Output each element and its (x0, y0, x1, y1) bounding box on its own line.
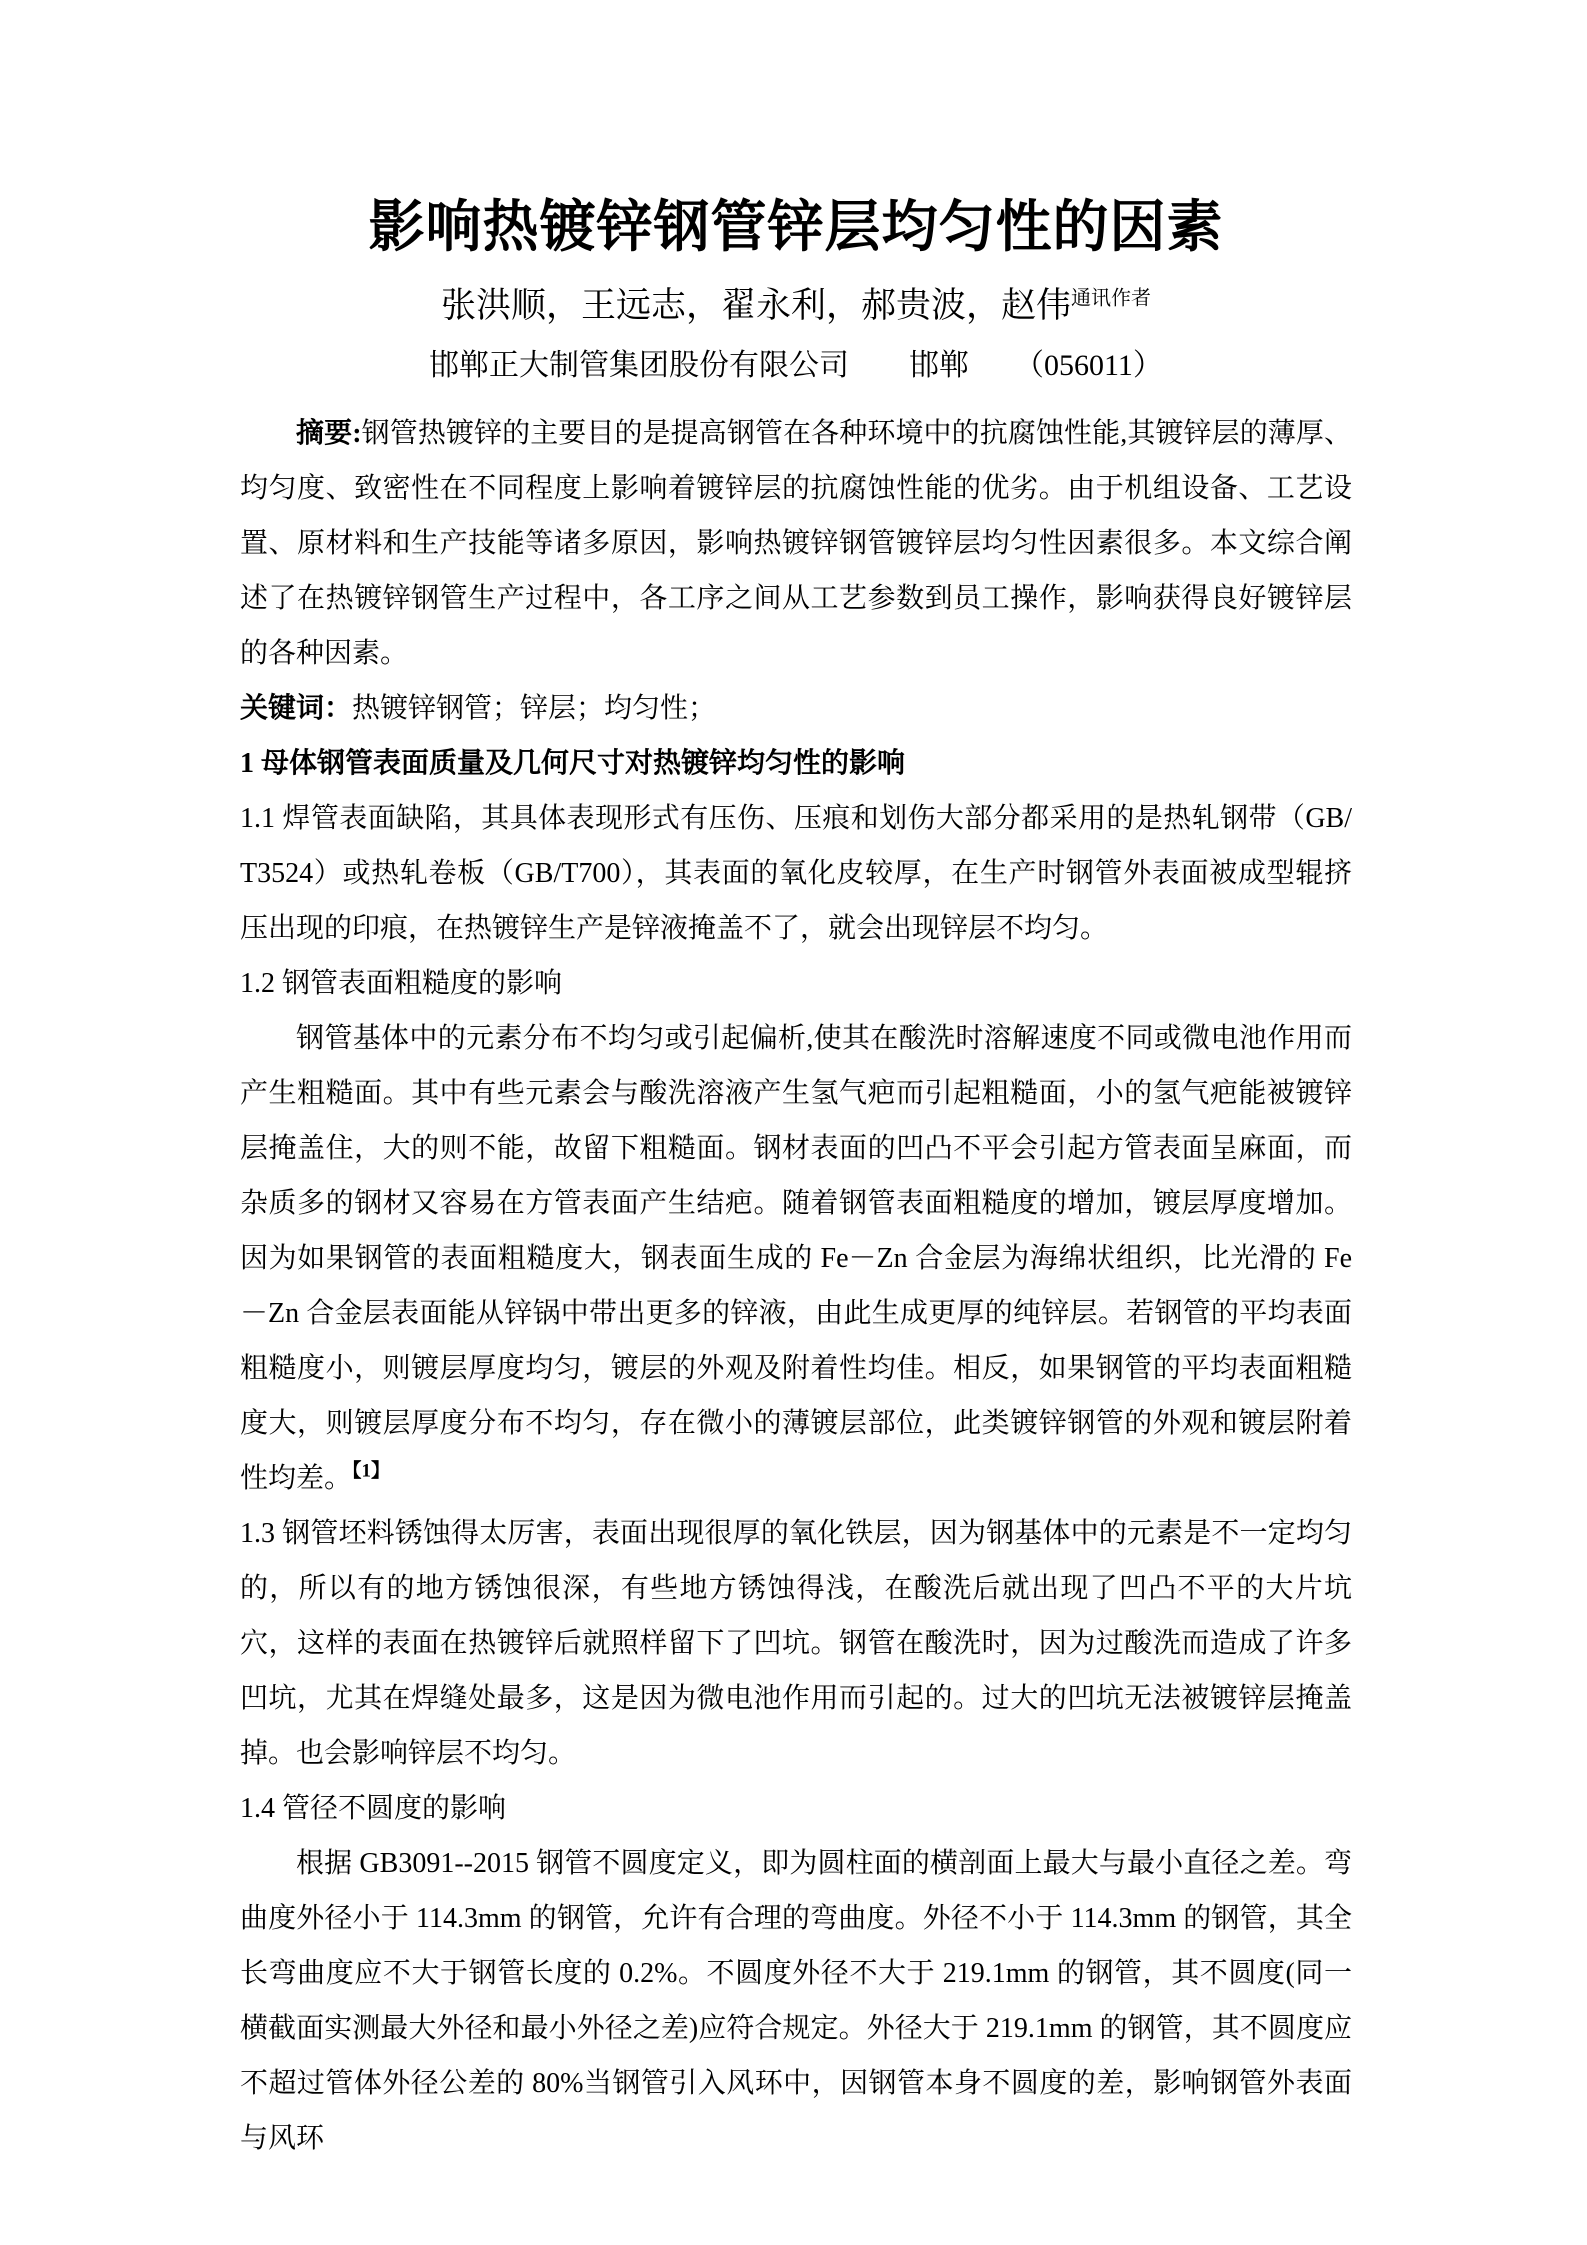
document-body: 摘要:钢管热镀锌的主要目的是提高钢管在各种环境中的抗腐蚀性能,其镀锌层的薄厚、均… (240, 406, 1352, 2166)
section-1-heading: 1 母体钢管表面质量及几何尺寸对热镀锌均匀性的影响 (240, 736, 1352, 791)
keywords-label: 关键词： (240, 693, 352, 724)
authors-names: 张洪顺，王远志，翟永利，郝贵波，赵伟 (441, 286, 1071, 325)
citation-1-superscript: 【1】 (352, 1461, 390, 1482)
abstract-label: 摘要: (296, 418, 362, 449)
document-page: 影响热镀锌钢管锌层均匀性的因素 张洪顺，王远志，翟永利，郝贵波，赵伟通讯作者 邯… (0, 0, 1587, 2245)
paper-title: 影响热镀锌钢管锌层均匀性的因素 (240, 195, 1352, 262)
keywords-paragraph: 关键词：热镀锌钢管；锌层；均匀性； (240, 681, 1352, 736)
paragraph-1-2-text: 钢管基体中的元素分布不均匀或引起偏析,使其在酸洗时溶解速度不同或微电池作用而产生… (240, 1023, 1352, 1494)
affiliation-line: 邯郸正大制管集团股份有限公司 邯郸 （056011） (240, 340, 1352, 392)
paragraph-1-2: 钢管基体中的元素分布不均匀或引起偏析,使其在酸洗时溶解速度不同或微电池作用而产生… (240, 1011, 1352, 1506)
authors-line: 张洪顺，王远志，翟永利，郝贵波，赵伟通讯作者 (240, 282, 1352, 330)
keywords-text: 热镀锌钢管；锌层；均匀性； (352, 693, 716, 724)
paragraph-1-1: 1.1 焊管表面缺陷，其具体表现形式有压伤、压痕和划伤大部分都采用的是热轧钢带（… (240, 791, 1352, 956)
corresponding-author-superscript: 通讯作者 (1071, 288, 1151, 310)
subheading-1-2: 1.2 钢管表面粗糙度的影响 (240, 956, 1352, 1011)
paragraph-1-3: 1.3 钢管坯料锈蚀得太厉害，表面出现很厚的氧化铁层，因为钢基体中的元素是不一定… (240, 1506, 1352, 1781)
abstract-paragraph: 摘要:钢管热镀锌的主要目的是提高钢管在各种环境中的抗腐蚀性能,其镀锌层的薄厚、均… (240, 406, 1352, 681)
paragraph-1-4: 根据 GB3091--2015 钢管不圆度定义，即为圆柱面的横剖面上最大与最小直… (240, 1836, 1352, 2166)
subheading-1-4: 1.4 管径不圆度的影响 (240, 1781, 1352, 1836)
abstract-text: 钢管热镀锌的主要目的是提高钢管在各种环境中的抗腐蚀性能,其镀锌层的薄厚、均匀度、… (240, 418, 1352, 669)
